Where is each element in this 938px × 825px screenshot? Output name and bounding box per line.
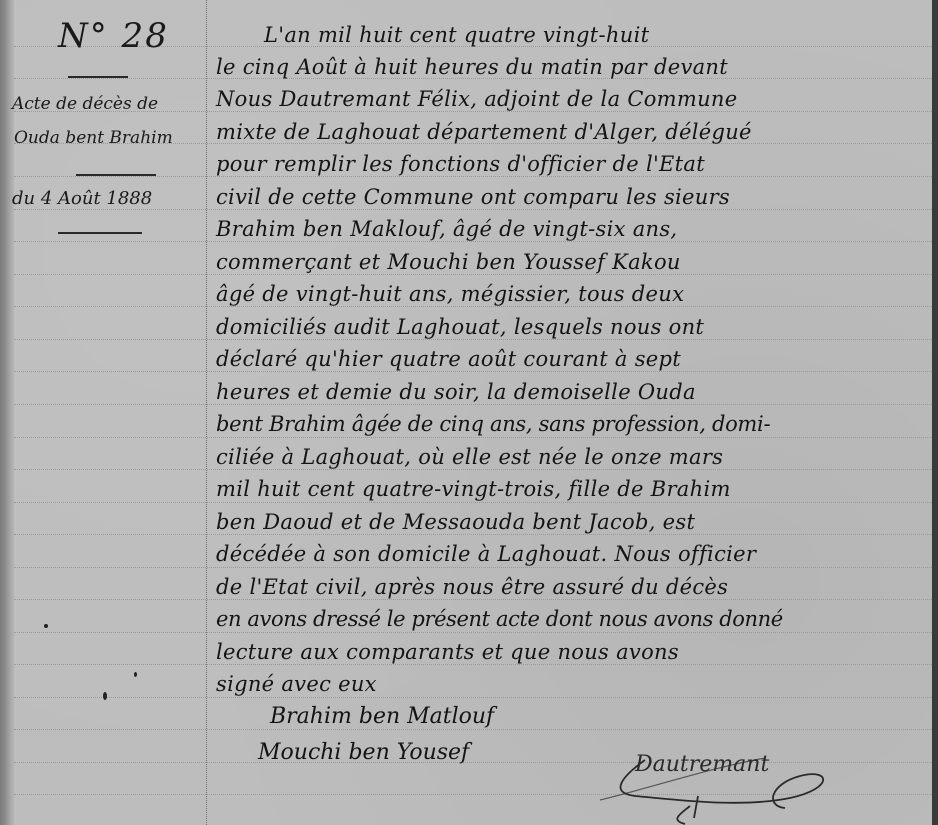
paper-speck <box>44 624 48 628</box>
ruled-line <box>14 567 932 568</box>
body-line: le cinq Août à huit heures du matin par … <box>216 54 928 80</box>
body-line: lecture aux comparants et que nous avons <box>216 639 928 665</box>
register-page: N° 28 Acte de décès de Ouda bent Brahim … <box>0 0 938 825</box>
signature-witness-1: Brahim ben Matlouf <box>270 704 494 729</box>
record-number: N° 28 <box>58 16 169 56</box>
signature-officer: Dautremant <box>590 738 850 825</box>
margin-divider <box>68 76 128 78</box>
margin-rule <box>206 0 208 825</box>
page-right-edge <box>932 0 938 825</box>
body-line: de l'Etat civil, après nous être assuré … <box>216 574 928 600</box>
body-line: civil de cette Commune ont comparu les s… <box>216 184 928 210</box>
body-line: âgé de vingt-huit ans, mégissier, tous d… <box>216 281 928 307</box>
margin-divider <box>58 232 142 234</box>
margin-date: du 4 Août 1888 <box>12 188 152 209</box>
body-line: signé avec eux <box>216 671 928 697</box>
binding-edge <box>0 0 14 825</box>
body-line: pour remplir les fonctions d'officier de… <box>216 151 928 177</box>
body-line: domiciliés audit Laghouat, lesquels nous… <box>216 314 928 340</box>
body-line: commerçant et Mouchi ben Youssef Kakou <box>216 249 928 275</box>
margin-title-line2: Ouda bent Brahim <box>14 128 173 148</box>
ruled-line <box>14 632 932 633</box>
body-line: L'an mil huit cent quatre vingt-huit <box>264 22 938 48</box>
body-line: Brahim ben Maklouf, âgé de vingt-six ans… <box>216 216 928 242</box>
body-line: en avons dressé le présent acte dont nou… <box>216 606 928 632</box>
signature-witness-2: Mouchi ben Yousef <box>258 740 469 765</box>
paper-speck <box>134 672 137 677</box>
ruled-line <box>14 697 932 698</box>
officer-signature-name: Dautremant <box>635 752 769 777</box>
ruled-line <box>14 729 932 730</box>
body-line: ben Daoud et de Messaouda bent Jacob, es… <box>216 509 928 535</box>
body-line: mil huit cent quatre-vingt-trois, fille … <box>216 476 928 502</box>
margin-title-line1: Acte de décès de <box>12 94 158 114</box>
body-line: décédée à son domicile à Laghouat. Nous … <box>216 541 928 567</box>
body-line: mixte de Laghouat département d'Alger, d… <box>216 119 928 145</box>
body-line: Nous Dautremant Félix, adjoint de la Com… <box>216 86 928 112</box>
body-line: déclaré qu'hier quatre août courant à se… <box>216 346 928 372</box>
paper-speck <box>103 692 107 700</box>
body-line: bent Brahim âgée de cinq ans, sans profe… <box>216 411 928 437</box>
body-line: ciliée à Laghouat, où elle est née le on… <box>216 444 928 470</box>
ruled-line <box>14 502 932 503</box>
ruled-line <box>14 437 932 438</box>
body-line: heures et demie du soir, la demoiselle O… <box>216 379 928 405</box>
margin-divider <box>76 174 156 176</box>
